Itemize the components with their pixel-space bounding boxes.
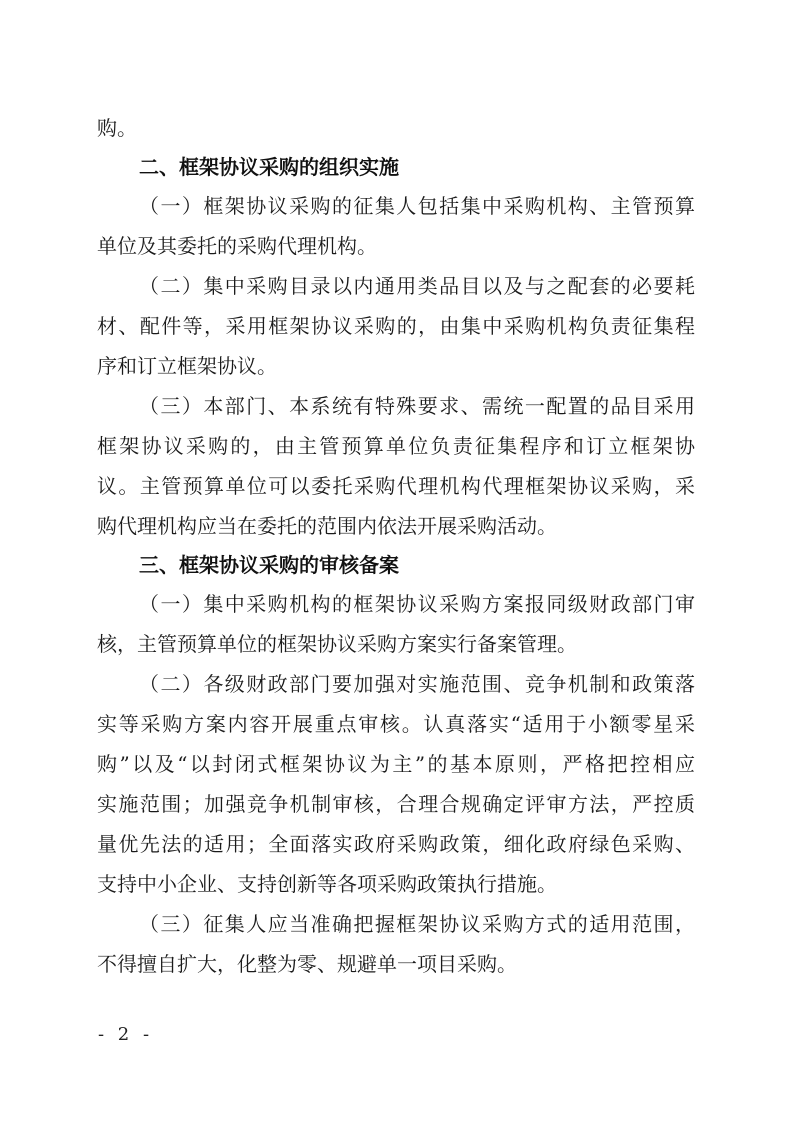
paragraph-line: 购”以及“以封闭式框架协议为主”的基本原则，严格把控相应	[97, 744, 695, 784]
paragraph-line: 议。主管预算单位可以委托采购代理机构代理框架协议采购，采	[97, 466, 695, 506]
paragraph-first-line: （一）框架协议采购的征集人包括集中采购机构、主管预算	[97, 186, 695, 226]
document-page: 购。二、框架协议采购的组织实施（一）框架协议采购的征集人包括集中采购机构、主管预…	[0, 0, 793, 1122]
paragraph-first-line: （一）集中采购机构的框架协议采购方案报同级财政部门审	[97, 584, 695, 624]
paragraph-line: 不得擅自扩大，化整为零、规避单一项目采购。	[97, 944, 695, 984]
paragraph-line: 序和订立框架协议。	[97, 346, 695, 386]
paragraph-line: 实施范围；加强竞争机制审核，合理合规确定评审方法，严控质	[97, 784, 695, 824]
page-number: - 2 -	[98, 1024, 153, 1045]
paragraph-line: 支持中小企业、支持创新等各项采购政策执行措施。	[97, 864, 695, 904]
paragraph-line: 实等采购方案内容开展重点审核。认真落实“适用于小额零星采	[97, 704, 695, 744]
paragraph-line: 材、配件等，采用框架协议采购的，由集中采购机构负责征集程	[97, 306, 695, 346]
section-heading: 三、框架协议采购的审核备案	[97, 546, 695, 584]
paragraph-first-line: （三）征集人应当准确把握框架协议采购方式的适用范围，	[97, 904, 695, 944]
paragraph-line: 框架协议采购的，由主管预算单位负责征集程序和订立框架协	[97, 426, 695, 466]
paragraph-line: 购代理机构应当在委托的范围内依法开展采购活动。	[97, 506, 695, 546]
section-heading: 二、框架协议采购的组织实施	[97, 148, 695, 186]
paragraph-first-line: （三）本部门、本系统有特殊要求、需统一配置的品目采用	[97, 386, 695, 426]
paragraph-line: 量优先法的适用；全面落实政府采购政策，细化政府绿色采购、	[97, 824, 695, 864]
paragraph-line: 购。	[97, 108, 695, 148]
paragraph-first-line: （二）集中采购目录以内通用类品目以及与之配套的必要耗	[97, 266, 695, 306]
paragraph-line: 单位及其委托的采购代理机构。	[97, 226, 695, 266]
paragraph-first-line: （二）各级财政部门要加强对实施范围、竞争机制和政策落	[97, 664, 695, 704]
document-body: 购。二、框架协议采购的组织实施（一）框架协议采购的征集人包括集中采购机构、主管预…	[97, 108, 695, 984]
paragraph-line: 核，主管预算单位的框架协议采购方案实行备案管理。	[97, 624, 695, 664]
